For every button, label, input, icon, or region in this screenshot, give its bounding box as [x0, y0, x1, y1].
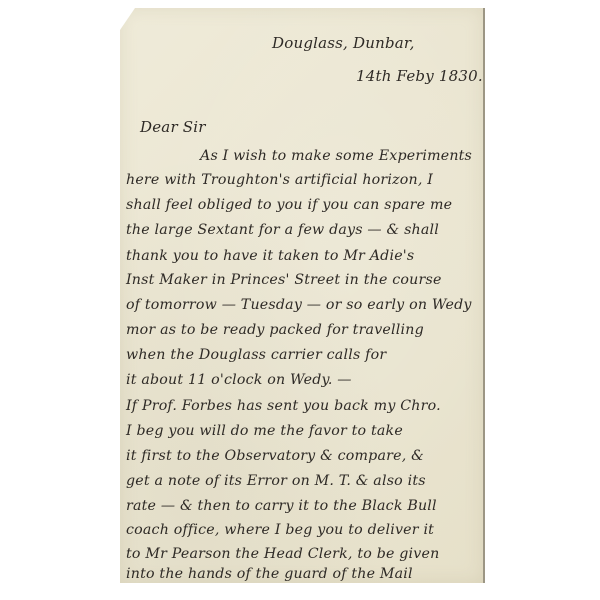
- letter-line: of tomorrow — Tuesday — or so early on W…: [126, 297, 472, 313]
- letter-date: 14th Feby 1830.: [356, 67, 483, 85]
- letter-line: to Mr Pearson the Head Clerk, to be give…: [126, 546, 439, 562]
- letter-line: coach office, where I beg you to deliver…: [126, 522, 434, 538]
- letter-place: Douglass, Dunbar,: [272, 34, 415, 52]
- letter-line: it about 11 o'clock on Wedy. —: [126, 372, 352, 388]
- letter-line: get a note of its Error on M. T. & also …: [126, 473, 426, 489]
- letter-line: it first to the Observatory & compare, &: [126, 448, 424, 464]
- letter-line: Inst Maker in Princes' Street in the cou…: [126, 272, 442, 288]
- letter-line: mor as to be ready packed for travelling: [126, 322, 424, 338]
- letter-salutation: Dear Sir: [140, 118, 206, 136]
- letter-page: [120, 8, 485, 583]
- letter-line: If Prof. Forbes has sent you back my Chr…: [126, 398, 441, 414]
- letter-line: I beg you will do me the favor to take: [126, 423, 403, 439]
- letter-line: here with Troughton's artificial horizon…: [126, 172, 433, 188]
- letter-line: rate — & then to carry it to the Black B…: [126, 498, 437, 514]
- letter-line: the large Sextant for a few days — & sha…: [126, 222, 439, 238]
- letter-line: shall feel obliged to you if you can spa…: [126, 197, 452, 213]
- letter-line: As I wish to make some Experiments: [200, 148, 472, 164]
- letter-line: into the hands of the guard of the Mail: [126, 566, 413, 582]
- letter-line: when the Douglass carrier calls for: [126, 347, 386, 363]
- product-photo: Douglass, Dunbar, 14th Feby 1830. Dear S…: [0, 0, 600, 600]
- letter-line: thank you to have it taken to Mr Adie's: [126, 248, 414, 264]
